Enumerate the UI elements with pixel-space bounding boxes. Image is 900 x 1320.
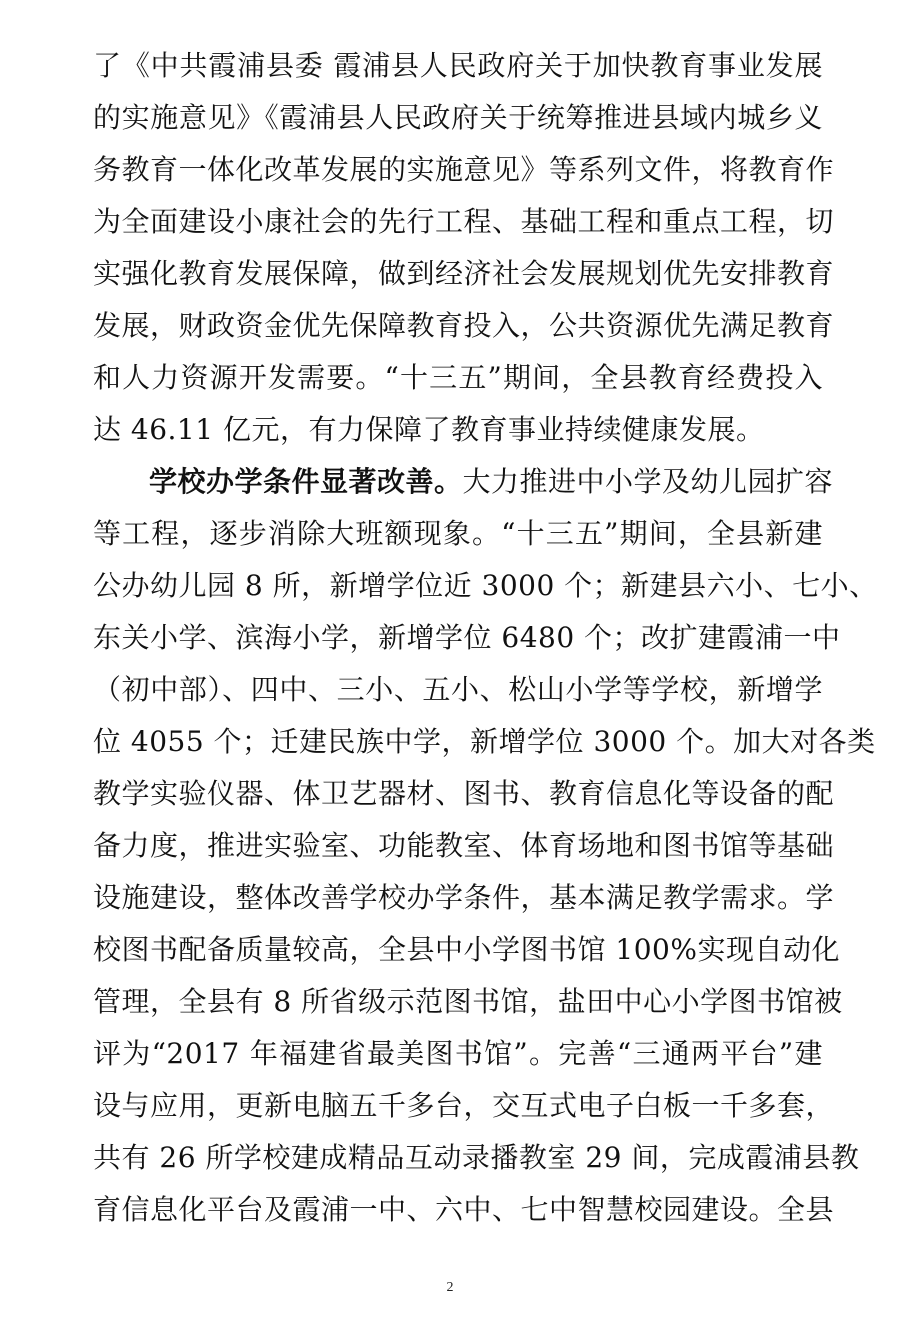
text-line: 发展，财政资金优先保障教育投入，公共资源优先满足教育 (93, 300, 823, 352)
paragraph-school-conditions: 学校办学条件显著改善。大力推进中小学及幼儿园扩容 等工程，逐步消除大班额现象。“… (93, 456, 823, 1236)
text-line: 等工程，逐步消除大班额现象。“十三五”期间，全县新建 (93, 508, 823, 560)
text-line: 东关小学、滨海小学，新增学位 6480 个；改扩建霞浦一中 (93, 612, 823, 664)
text-line: 设施建设，整体改善学校办学条件，基本满足教学需求。学 (93, 872, 823, 924)
text-line: 的实施意见》《霞浦县人民政府关于统筹推进县域内城乡义 (93, 92, 823, 144)
text-line: 教学实验仪器、体卫艺器材、图书、教育信息化等设备的配 (93, 768, 823, 820)
text-line: 位 4055 个；迁建民族中学，新增学位 3000 个。加大对各类 (93, 716, 823, 768)
text-line: 实强化教育发展保障，做到经济社会发展规划优先安排教育 (93, 248, 823, 300)
paragraph-first-line: 学校办学条件显著改善。大力推进中小学及幼儿园扩容 (93, 456, 823, 508)
text-line: 了《中共霞浦县委 霞浦县人民政府关于加快教育事业发展 (93, 40, 823, 92)
text-line: （初中部）、四中、三小、五小、松山小学等学校，新增学 (93, 664, 823, 716)
text-line: 评为“2017 年福建省最美图书馆”。完善“三通两平台”建 (93, 1028, 823, 1080)
text-line: 公办幼儿园 8 所，新增学位近 3000 个；新建县六小、七小、 (93, 560, 823, 612)
text-line: 共有 26 所学校建成精品互动录播教室 29 间，完成霞浦县教 (93, 1132, 823, 1184)
text-line: 达 46.11 亿元，有力保障了教育事业持续健康发展。 (93, 404, 823, 456)
page-number: 2 (0, 1280, 900, 1296)
text-run: 大力推进中小学及幼儿园扩容 (463, 465, 834, 498)
paragraph-education-investment: 了《中共霞浦县委 霞浦县人民政府关于加快教育事业发展 的实施意见》《霞浦县人民政… (93, 40, 823, 456)
text-line: 管理，全县有 8 所省级示范图书馆，盐田中心小学图书馆被 (93, 976, 823, 1028)
document-page: 了《中共霞浦县委 霞浦县人民政府关于加快教育事业发展 的实施意见》《霞浦县人民政… (0, 0, 900, 1320)
text-line: 设与应用，更新电脑五千多台，交互式电子白板一千多套， (93, 1080, 823, 1132)
text-line: 为全面建设小康社会的先行工程、基础工程和重点工程，切 (93, 196, 823, 248)
text-line: 务教育一体化改革发展的实施意见》等系列文件，将教育作 (93, 144, 823, 196)
text-line: 育信息化平台及霞浦一中、六中、七中智慧校园建设。全县 (93, 1184, 823, 1236)
text-line: 备力度，推进实验室、功能教室、体育场地和图书馆等基础 (93, 820, 823, 872)
paragraph-heading: 学校办学条件显著改善。 (149, 465, 463, 498)
text-line: 和人力资源开发需要。“十三五”期间，全县教育经费投入 (93, 352, 823, 404)
body-text: 了《中共霞浦县委 霞浦县人民政府关于加快教育事业发展 的实施意见》《霞浦县人民政… (93, 40, 823, 1236)
text-line: 校图书配备质量较高，全县中小学图书馆 100%实现自动化 (93, 924, 823, 976)
